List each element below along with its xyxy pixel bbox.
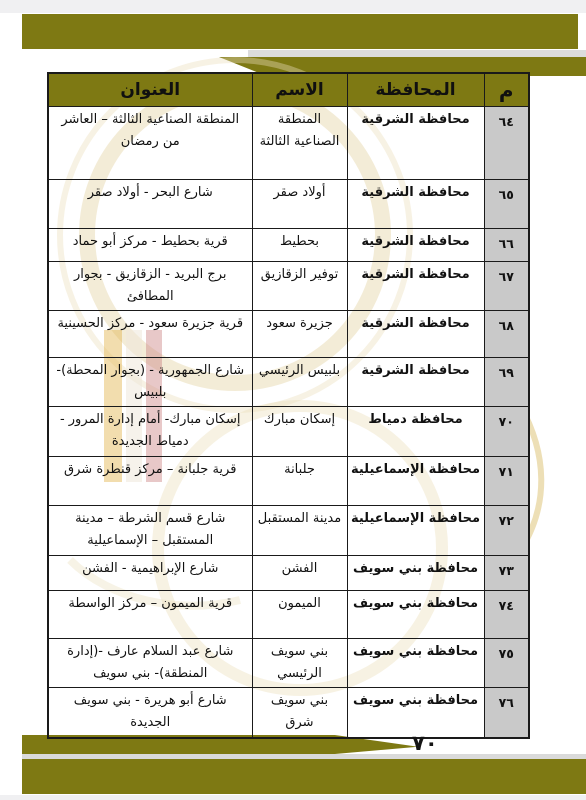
table-row: ٦٨محافظة الشرقيةجزيرة سعودقرية جزيرة سعو…	[48, 311, 529, 358]
cell-num: ٧٢	[484, 505, 529, 555]
cell-name: بلبيس الرئيسي	[252, 358, 347, 407]
cell-governorate: محافظة الشرقية	[347, 358, 484, 407]
table-row: ٧٥محافظة بني سويفبني سويف الرئيسيشارع عب…	[48, 638, 529, 687]
cell-address: قرية بحطيط - مركز أبو حماد	[48, 229, 252, 262]
page-bottom-margin	[0, 795, 586, 800]
cell-address: قرية الميمون – مركز الواسطة	[48, 590, 252, 638]
cell-name: الميمون	[252, 590, 347, 638]
cell-name: مدينة المستقبل	[252, 505, 347, 555]
cell-governorate: محافظة بني سويف	[347, 638, 484, 687]
cell-name: المنطقة الصناعية الثالثة	[252, 107, 347, 180]
page-top-margin	[0, 0, 586, 13]
cell-governorate: محافظة الإسماعيلية	[347, 505, 484, 555]
cell-governorate: محافظة الإسماعيلية	[347, 456, 484, 505]
cell-address: إسكان مبارك- أمام إدارة المرور - دمياط ا…	[48, 407, 252, 456]
cell-name: أولاد صقر	[252, 180, 347, 229]
cell-address: المنطقة الصناعية الثالثة – العاشر من رمض…	[48, 107, 252, 180]
col-header-num: م	[484, 73, 529, 107]
cell-governorate: محافظة الشرقية	[347, 262, 484, 311]
table-row: ٧٣محافظة بني سويفالفشنشارع الإبراهيمية -…	[48, 555, 529, 590]
table-row: ٧٤محافظة بني سويفالميمونقرية الميمون – م…	[48, 590, 529, 638]
cell-address: شارع البحر - أولاد صقر	[48, 180, 252, 229]
cell-num: ٧٥	[484, 638, 529, 687]
cell-name: جزيرة سعود	[252, 311, 347, 358]
cell-name: إسكان مبارك	[252, 407, 347, 456]
top-decor-bar	[22, 14, 578, 49]
cell-num: ٦٨	[484, 311, 529, 358]
cell-num: ٧٤	[484, 590, 529, 638]
cell-address: شارع قسم الشرطة – مدينة المستقبل – الإسم…	[48, 505, 252, 555]
page-number: ٧٠	[412, 731, 472, 755]
cell-address: شارع الجمهورية - (بجوار المحطة)- بلبيس	[48, 358, 252, 407]
cell-governorate: محافظة الشرقية	[347, 229, 484, 262]
cell-num: ٧٠	[484, 407, 529, 456]
cell-name: بني سويف الرئيسي	[252, 638, 347, 687]
cell-address: قرية جزيرة سعود - مركز الحسينية	[48, 311, 252, 358]
cell-num: ٦٥	[484, 180, 529, 229]
cell-name: توفير الزقازيق	[252, 262, 347, 311]
col-header-name: الاسم	[252, 73, 347, 107]
header-row: م المحافظة الاسم العنوان	[48, 73, 529, 107]
table-row: ٧١محافظة الإسماعيليةجلبانةقرية جلبانة – …	[48, 456, 529, 505]
table-row: ٦٤محافظة الشرقيةالمنطقة الصناعية الثالثة…	[48, 107, 529, 180]
top-gray-band	[248, 50, 586, 57]
cell-address: شارع أبو هريرة - بني سويف الجديدة	[48, 687, 252, 738]
cell-num: ٦٤	[484, 107, 529, 180]
cell-name: جلبانة	[252, 456, 347, 505]
cell-num: ٦٧	[484, 262, 529, 311]
post-offices-table: م المحافظة الاسم العنوان ٦٤محافظة الشرقي…	[47, 72, 530, 739]
table-row: ٧٢محافظة الإسماعيليةمدينة المستقبلشارع ق…	[48, 505, 529, 555]
cell-address: برج البريد - الزقازيق - بجوار المطافئ	[48, 262, 252, 311]
cell-address: قرية جلبانة – مركز قنطرة شرق	[48, 456, 252, 505]
cell-address: شارع عبد السلام عارف -(إدارة المنطقة)- ب…	[48, 638, 252, 687]
cell-governorate: محافظة دمياط	[347, 407, 484, 456]
table-row: ٦٧محافظة الشرقيةتوفير الزقازيقبرج البريد…	[48, 262, 529, 311]
cell-num: ٧١	[484, 456, 529, 505]
cell-governorate: محافظة بني سويف	[347, 555, 484, 590]
cell-num: ٦٦	[484, 229, 529, 262]
table-body: ٦٤محافظة الشرقيةالمنطقة الصناعية الثالثة…	[48, 107, 529, 739]
table-row: ٦٩محافظة الشرقيةبلبيس الرئيسيشارع الجمهو…	[48, 358, 529, 407]
table-row: ٦٦محافظة الشرقيةبحطيطقرية بحطيط - مركز أ…	[48, 229, 529, 262]
cell-name: الفشن	[252, 555, 347, 590]
col-header-address: العنوان	[48, 73, 252, 107]
cell-num: ٧٣	[484, 555, 529, 590]
cell-address: شارع الإبراهيمية - الفشن	[48, 555, 252, 590]
cell-governorate: محافظة الشرقية	[347, 107, 484, 180]
cell-num: ٦٩	[484, 358, 529, 407]
cell-governorate: محافظة الشرقية	[347, 180, 484, 229]
table-row: ٦٥محافظة الشرقيةأولاد صقرشارع البحر - أو…	[48, 180, 529, 229]
bottom-decor-bar	[22, 759, 586, 794]
cell-name: بني سويف شرق	[252, 687, 347, 738]
cell-name: بحطيط	[252, 229, 347, 262]
col-header-governorate: المحافظة	[347, 73, 484, 107]
cell-governorate: محافظة الشرقية	[347, 311, 484, 358]
cell-governorate: محافظة بني سويف	[347, 590, 484, 638]
cell-num: ٧٦	[484, 687, 529, 738]
table-row: ٧٠محافظة دمياطإسكان مباركإسكان مبارك- أم…	[48, 407, 529, 456]
